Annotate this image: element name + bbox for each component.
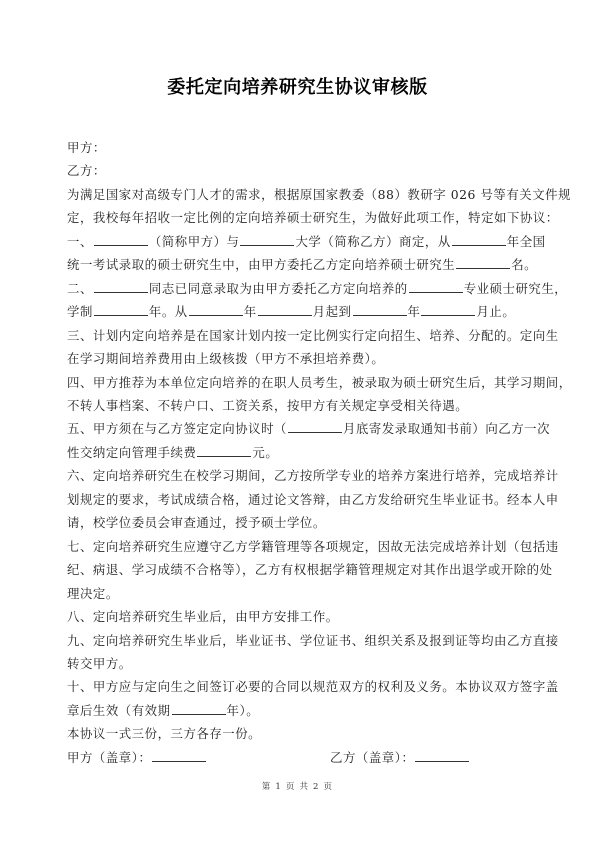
- clause-line: 统一考试录取的硕士研究生中，由甲方委托乙方定向培养硕士研究生名。: [67, 253, 525, 276]
- clause-text: 八、定向培养研究生毕业后，由甲方安排工作。: [67, 609, 339, 624]
- clause-text: 月起到: [313, 304, 352, 319]
- clause-text: （简称甲方）与: [149, 234, 240, 249]
- clause-text: 年。从: [149, 304, 188, 319]
- clause-text: 九、定向培养研究生毕业后，毕业证书、学位证书、组织关系及报到证等均由乙方直接: [67, 633, 559, 648]
- fill-in-blank[interactable]: [258, 304, 312, 316]
- clause-line: 四、甲方推荐为本单位定向培养的在职人员考生，被录取为硕士研究生后，其学习期间，: [67, 371, 525, 394]
- fill-in-blank[interactable]: [452, 234, 506, 246]
- clause-line: 六、定向培养研究生在校学习期间，乙方按所学专业的培养方案进行培养，完成培养计: [67, 464, 525, 487]
- clause-text: 四、甲方推荐为本单位定向培养的在职人员考生，被录取为硕士研究生后，其学习期间，: [67, 375, 572, 390]
- clause-line: 章后生效（有效期年）。: [67, 699, 525, 722]
- clause-text: 年）。: [227, 703, 260, 718]
- clause-text: 划规定的要求，考试成绩合格，通过论文答辩，由乙方发给研究生毕业证书。经本人申: [67, 492, 559, 507]
- clause-text: 年: [244, 304, 257, 319]
- clause-text: 月止。: [476, 304, 515, 319]
- clause-line: 不转人事档案、不转户口、工资关系，按甲方有关规定享受相关待遇。: [67, 394, 525, 417]
- clause-text: 二、: [67, 281, 93, 296]
- clause-text: 性交纳定向管理手续费: [67, 445, 196, 460]
- clause-line: 学制年。从年月起到年月止。: [67, 300, 525, 323]
- clause-line: 五、甲方须在与乙方签定定向协议时（月底寄发录取通知书前）向乙方一次: [67, 417, 525, 440]
- party-a-seal-blank[interactable]: [152, 750, 206, 762]
- clause-line: 一、（简称甲方）与大学（简称乙方）商定，从年全国: [67, 230, 525, 253]
- clause-text: 在学习期间培养费用由上级核拨（甲方不承担培养费）。: [67, 351, 384, 366]
- fill-in-blank[interactable]: [94, 281, 148, 293]
- clause-line: 七、定向培养研究生应遵守乙方学籍管理等各项规定，因故无法完成培养计划（包括违: [67, 535, 525, 558]
- clause-text: 七、定向培养研究生应遵守乙方学籍管理等各项规定，因故无法完成培养计划（包括违: [67, 539, 559, 554]
- clause-line: 二、同志已同意录取为由甲方委托乙方定向培养的专业硕士研究生，: [67, 277, 525, 300]
- clause-text: 章后生效（有效期: [67, 703, 171, 718]
- clause-text: 月底寄发录取通知书前）向乙方一次: [343, 421, 550, 436]
- clause-text: 年全国: [507, 234, 546, 249]
- clause-text: 五、甲方须在与乙方签定定向协议时（: [67, 421, 287, 436]
- fill-in-blank[interactable]: [409, 281, 463, 293]
- clause-line: 性交纳定向管理手续费元。: [67, 441, 525, 464]
- clause-text: 转交甲方。: [67, 656, 132, 671]
- clause-text: 本协议一式三份，三方各存一份。: [67, 726, 261, 741]
- clause-line: 在学习期间培养费用由上级核拨（甲方不承担培养费）。: [67, 347, 525, 370]
- fill-in-blank[interactable]: [240, 234, 294, 246]
- clause-text: 学制: [67, 304, 93, 319]
- document-title: 委托定向培养研究生协议审核版: [0, 76, 595, 100]
- clause-line: 转交甲方。: [67, 652, 525, 675]
- clause-line: 划规定的要求，考试成绩合格，通过论文答辩，由乙方发给研究生毕业证书。经本人申: [67, 488, 525, 511]
- fill-in-blank[interactable]: [288, 421, 342, 433]
- party-b-seal-label: 乙方（盖章）：: [330, 750, 414, 765]
- party-a-label: 甲方：: [67, 136, 525, 159]
- clause-text: 定，我校每年招收一定比例的定向培养硕士研究生，为做好此项工作，特定如下协议：: [67, 210, 559, 225]
- page-footer: 第 1 页 共 2 页: [0, 780, 595, 792]
- clause-text: 纪、病退、学习成绩不合格等），乙方有权根据学籍管理规定对其作出退学或开除的处: [67, 562, 553, 577]
- clause-line: 本协议一式三份，三方各存一份。: [67, 722, 525, 745]
- clause-text: 一、: [67, 234, 93, 249]
- clause-text: 名。: [511, 257, 537, 272]
- signature-row: 甲方（盖章）： 乙方（盖章）：: [67, 746, 525, 769]
- clause-line: 九、定向培养研究生毕业后，毕业证书、学位证书、组织关系及报到证等均由乙方直接: [67, 629, 525, 652]
- clause-line: 三、计划内定向培养是在国家计划内按一定比例实行定向招生、培养、分配的。定向生: [67, 324, 525, 347]
- fill-in-blank[interactable]: [421, 304, 475, 316]
- clause-text: 请，校学位委员会审查通过，授予硕士学位。: [67, 515, 326, 530]
- fill-in-blank[interactable]: [197, 445, 251, 457]
- party-b-label: 乙方：: [67, 159, 525, 182]
- party-b-seal-blank[interactable]: [415, 750, 469, 762]
- clause-line: 八、定向培养研究生毕业后，由甲方安排工作。: [67, 605, 525, 628]
- clause-text: 十、甲方应与定向生之间签订必要的合同以规范双方的权利及义务。本协议双方签字盖: [67, 679, 559, 694]
- clause-text: 统一考试录取的硕士研究生中，由甲方委托乙方定向培养硕士研究生: [67, 257, 455, 272]
- clause-text: 理决定。: [67, 586, 119, 601]
- agreement-clauses: 为满足国家对高级专门人才的需求，根据原国家教委（88）教研字 026 号等有关文…: [67, 183, 525, 746]
- clause-line: 十、甲方应与定向生之间签订必要的合同以规范双方的权利及义务。本协议双方签字盖: [67, 675, 525, 698]
- clause-text: 年: [408, 304, 421, 319]
- clause-line: 定，我校每年招收一定比例的定向培养硕士研究生，为做好此项工作，特定如下协议：: [67, 206, 525, 229]
- fill-in-blank[interactable]: [353, 304, 407, 316]
- clause-text: 专业硕士研究生，: [464, 281, 568, 296]
- party-b-seal: 乙方（盖章）：: [330, 746, 470, 769]
- clause-text: 六、定向培养研究生在校学习期间，乙方按所学专业的培养方案进行培养，完成培养计: [67, 468, 559, 483]
- fill-in-blank[interactable]: [94, 234, 148, 246]
- clause-text: 三、计划内定向培养是在国家计划内按一定比例实行定向招生、培养、分配的。定向生: [67, 328, 559, 343]
- party-a-seal-label: 甲方（盖章）：: [67, 750, 151, 765]
- fill-in-blank[interactable]: [94, 304, 148, 316]
- fill-in-blank[interactable]: [189, 304, 243, 316]
- clause-text: 不转人事档案、不转户口、工资关系，按甲方有关规定享受相关待遇。: [67, 398, 468, 413]
- clause-text: 大学（简称乙方）商定，从: [295, 234, 450, 249]
- clause-line: 为满足国家对高级专门人才的需求，根据原国家教委（88）教研字 026 号等有关文…: [67, 183, 525, 206]
- clause-text: 同志已同意录取为由甲方委托乙方定向培养的: [149, 281, 408, 296]
- clause-text: 元。: [252, 445, 278, 460]
- clause-text: 为满足国家对高级专门人才的需求，根据原国家教委（88）教研字 026 号等有关文…: [67, 187, 571, 202]
- fill-in-blank[interactable]: [456, 257, 510, 269]
- clause-line: 纪、病退、学习成绩不合格等），乙方有权根据学籍管理规定对其作出退学或开除的处: [67, 558, 525, 581]
- clause-line: 请，校学位委员会审查通过，授予硕士学位。: [67, 511, 525, 534]
- document-body: 甲方： 乙方： 为满足国家对高级专门人才的需求，根据原国家教委（88）教研字 0…: [67, 136, 525, 769]
- fill-in-blank[interactable]: [172, 703, 226, 715]
- clause-line: 理决定。: [67, 582, 525, 605]
